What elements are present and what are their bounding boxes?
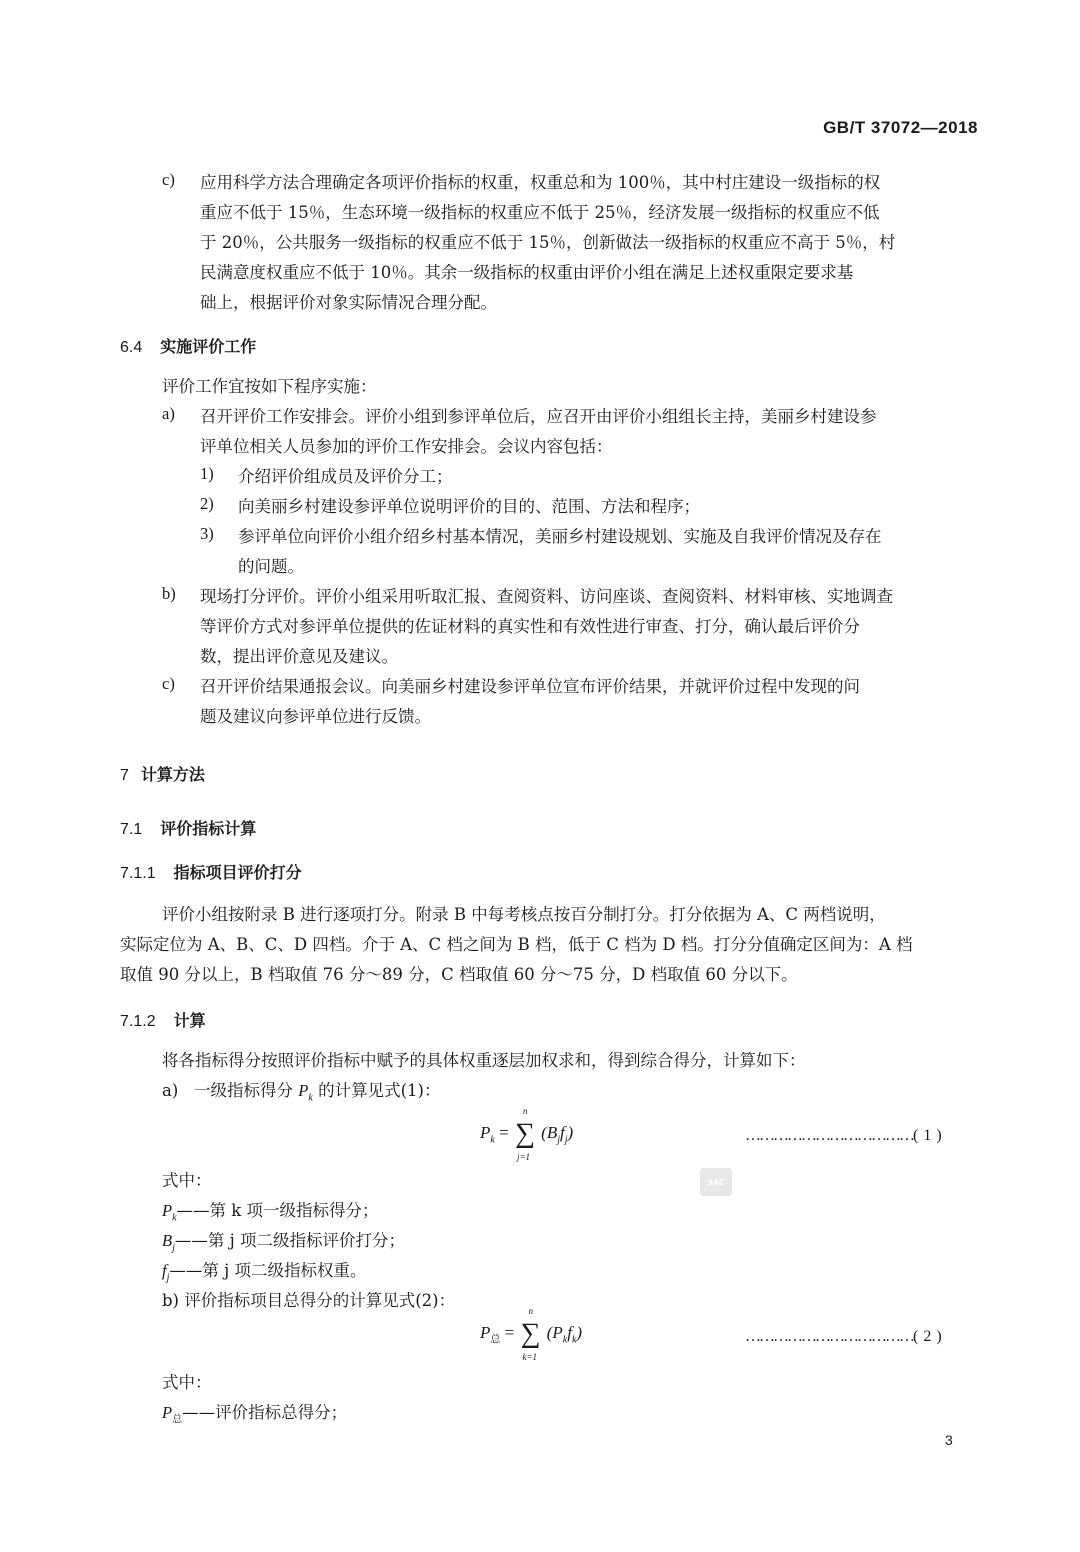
text-line: 评价小组按附录 B 进行逐项打分。附录 B 中每考核点按百分制打分。打分依据为 … bbox=[120, 900, 913, 930]
text-line: 题及建议向参评单位进行反馈。 bbox=[200, 702, 860, 732]
paragraph-6-3-c: 应用科学方法合理确定各项评价指标的权重，权重总和为 100％，其中村庄建设一级指… bbox=[200, 168, 895, 318]
formula-body: ) bbox=[568, 1123, 574, 1142]
heading-7-1-2: 7.1.2计算 bbox=[120, 1008, 206, 1031]
formula-lhs: P bbox=[480, 1323, 490, 1342]
text-line: 实际定位为 A、B、C、D 四档。介于 A、C 档之间为 B 档，低于 C 档为… bbox=[120, 930, 913, 960]
section-number: 7.1 bbox=[120, 821, 142, 838]
item-6-4-c: 召开评价结果通报会议。向美丽乡村建设参评单位宣布评价结果，并就评价过程中发现的问… bbox=[200, 672, 860, 732]
section-number: 7.1.2 bbox=[120, 1013, 156, 1030]
formula-body: (P bbox=[547, 1323, 563, 1342]
item-7-1-2-b: b) 评价指标项目总得分的计算见式(2)： bbox=[162, 1286, 455, 1316]
dot-leader: ……………………………… bbox=[745, 1127, 913, 1144]
watermark-logo: SAC bbox=[700, 1168, 732, 1196]
variable: P bbox=[162, 1403, 172, 1422]
heading-7-1: 7.1评价指标计算 bbox=[120, 816, 256, 839]
section-title: 指标项目评价打分 bbox=[174, 863, 302, 882]
section-title: 计算 bbox=[174, 1011, 206, 1030]
text-line: 的问题。 bbox=[238, 552, 882, 582]
variable: B bbox=[162, 1231, 172, 1250]
text-line: 召开评价工作安排会。评价小组到参评单位后，应召开由评价小组组长主持，美丽乡村建设… bbox=[200, 402, 877, 432]
item-7-1-2-a: a) 一级指标得分 Pk 的计算见式(1)： bbox=[162, 1076, 440, 1113]
equals-sign: = bbox=[499, 1123, 509, 1142]
equals-sign: = bbox=[505, 1323, 515, 1342]
text-line: 础上，根据评价对象实际情况合理分配。 bbox=[200, 288, 895, 318]
formula-body: (B bbox=[541, 1123, 557, 1142]
section-title: 实施评价工作 bbox=[160, 337, 256, 356]
list-label: a) bbox=[162, 404, 175, 424]
subitem-3: 参评单位向评价小组介绍乡村基本情况，美丽乡村建设规划、实施及自我评价情况及存在 … bbox=[238, 522, 882, 582]
definition-p-total: P总——评价指标总得分； bbox=[162, 1398, 347, 1435]
subitem-1: 介绍评价组成员及评价分工； bbox=[238, 462, 453, 492]
intro-7-1-2: 将各指标得分按照评价指标中赋予的具体权重逐层加权求和，得到综合得分，计算如下： bbox=[162, 1046, 806, 1076]
text-line: 参评单位向评价小组介绍乡村基本情况，美丽乡村建设规划、实施及自我评价情况及存在 bbox=[238, 522, 882, 552]
variable: P bbox=[298, 1081, 308, 1100]
where-label-1: 式中： bbox=[162, 1166, 212, 1196]
equation-label: ( 2 ) bbox=[913, 1328, 942, 1345]
intro-6-4: 评价工作宜按如下程序实施： bbox=[162, 372, 377, 402]
text: 一级指标得分 bbox=[194, 1081, 298, 1100]
section-title: 计算方法 bbox=[141, 765, 205, 784]
definition-text: ——第 k 项一级指标得分； bbox=[177, 1201, 379, 1220]
definition-text: ——第 j 项二级指标权重。 bbox=[169, 1261, 366, 1280]
formula-subscript: k bbox=[490, 1134, 494, 1145]
list-label: 3) bbox=[200, 524, 214, 544]
text-line: 取值 90 分以上，B 档取值 76 分～89 分，C 档取值 60 分～75 … bbox=[120, 960, 913, 990]
summation-icon: ∑nj=1 bbox=[515, 1118, 535, 1150]
list-label: 1) bbox=[200, 464, 214, 484]
equation-number-1: ………………………………( 1 ) bbox=[745, 1127, 942, 1145]
definition-text: ——评价指标总得分； bbox=[182, 1403, 347, 1422]
where-label-2: 式中： bbox=[162, 1368, 212, 1398]
list-label: a) bbox=[162, 1081, 178, 1100]
list-label: 2) bbox=[200, 494, 214, 514]
heading-7-1-1: 7.1.1指标项目评价打分 bbox=[120, 860, 302, 883]
standard-code: GB/T 37072—2018 bbox=[823, 118, 978, 138]
equation-number-2: ………………………………( 2 ) bbox=[745, 1328, 942, 1346]
text-line: 于 20％，公共服务一级指标的权重应不低于 15％，创新做法一级指标的权重应不高… bbox=[200, 228, 895, 258]
text-line: 民满意度权重应不低于 10％。其余一级指标的权重由评价小组在满足上述权重限定要求… bbox=[200, 258, 895, 288]
text-line: 等评价方式对参评单位提供的佐证材料的真实性和有效性进行审查、打分，确认最后评价分 bbox=[200, 612, 893, 642]
heading-7: 7计算方法 bbox=[120, 762, 205, 785]
text-line: 召开评价结果通报会议。向美丽乡村建设参评单位宣布评价结果，并就评价过程中发现的问 bbox=[200, 672, 860, 702]
formula-2: P总 = ∑nk=1 (Pkfk) bbox=[480, 1318, 582, 1350]
sum-upper: n bbox=[523, 1106, 528, 1116]
definition-text: ——第 j 项二级指标评价打分； bbox=[175, 1231, 405, 1250]
text: 的计算见式(1)： bbox=[313, 1081, 441, 1100]
section-number: 6.4 bbox=[120, 339, 142, 356]
formula-1: Pk = ∑nj=1 (Bjfj) bbox=[480, 1118, 573, 1150]
text-line: 重应不低于 15％，生态环境一级指标的权重应不低于 25％，经济发展一级指标的权… bbox=[200, 198, 895, 228]
item-6-4-a: 召开评价工作安排会。评价小组到参评单位后，应召开由评价小组组长主持，美丽乡村建设… bbox=[200, 402, 877, 462]
text-line: 评单位相关人员参加的评价工作安排会。会议内容包括： bbox=[200, 432, 877, 462]
text-line: 现场打分评价。评价小组采用听取汇报、查阅资料、访问座谈、查阅资料、材料审核、实地… bbox=[200, 582, 893, 612]
section-number: 7 bbox=[120, 767, 129, 784]
text-line: 应用科学方法合理确定各项评价指标的权重，权重总和为 100％，其中村庄建设一级指… bbox=[200, 168, 895, 198]
formula-lhs: P bbox=[480, 1123, 490, 1142]
sum-lower: j=1 bbox=[517, 1152, 530, 1162]
formula-body: ) bbox=[576, 1323, 582, 1342]
summation-icon: ∑nk=1 bbox=[520, 1318, 540, 1350]
heading-6-4: 6.4实施评价工作 bbox=[120, 334, 256, 357]
section-title: 评价指标计算 bbox=[160, 819, 256, 838]
dot-leader: ……………………………… bbox=[745, 1328, 913, 1345]
item-6-4-b: 现场打分评价。评价小组采用听取汇报、查阅资料、访问座谈、查阅资料、材料审核、实地… bbox=[200, 582, 893, 672]
page-number: 3 bbox=[945, 1432, 953, 1448]
text-line: 数，提出评价意见及建议。 bbox=[200, 642, 893, 672]
variable-subscript: 总 bbox=[172, 1414, 182, 1425]
formula-subscript: 总 bbox=[490, 1334, 500, 1345]
section-number: 7.1.1 bbox=[120, 865, 156, 882]
variable: P bbox=[162, 1201, 172, 1220]
paragraph-7-1-1: 评价小组按附录 B 进行逐项打分。附录 B 中每考核点按百分制打分。打分依据为 … bbox=[120, 900, 913, 990]
sum-lower: k=1 bbox=[522, 1352, 537, 1362]
sum-upper: n bbox=[528, 1306, 533, 1316]
list-label: c) bbox=[162, 170, 175, 190]
equation-label: ( 1 ) bbox=[913, 1127, 942, 1144]
list-label: b) bbox=[162, 584, 176, 604]
list-label: c) bbox=[162, 674, 175, 694]
subitem-2: 向美丽乡村建设参评单位说明评价的目的、范围、方法和程序； bbox=[238, 492, 700, 522]
